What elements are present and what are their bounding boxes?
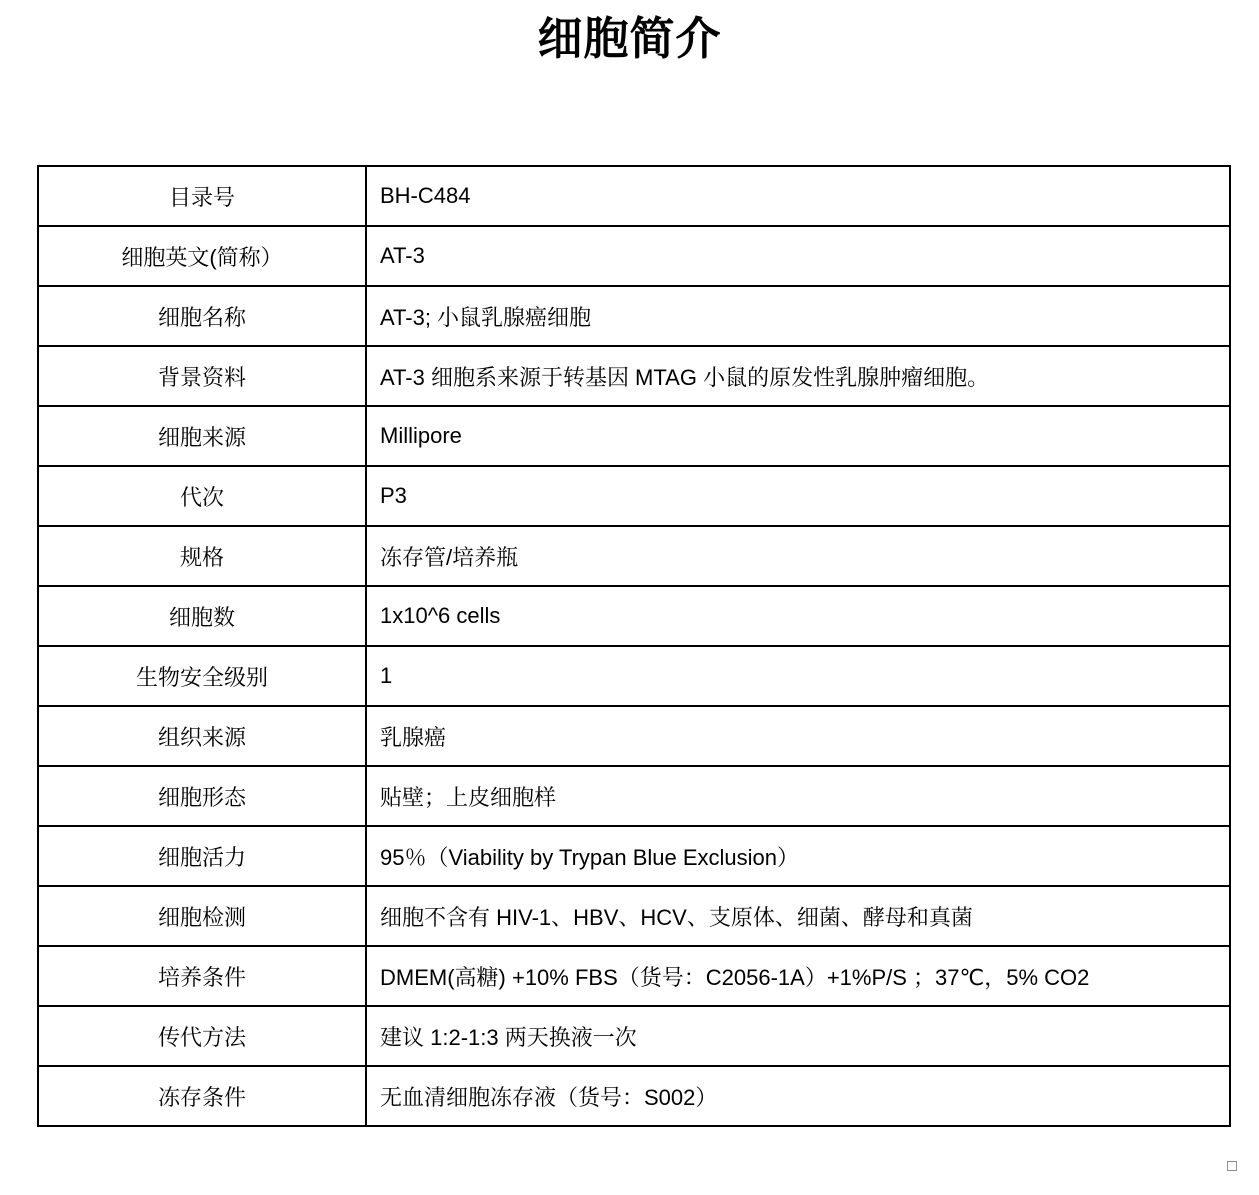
row-value: Millipore — [366, 406, 1230, 466]
table-row: 细胞英文(简称） AT-3 — [38, 226, 1230, 286]
row-value: 细胞不含有 HIV-1、HBV、HCV、支原体、细菌、酵母和真菌 — [366, 886, 1230, 946]
table-row: 细胞检测 细胞不含有 HIV-1、HBV、HCV、支原体、细菌、酵母和真菌 — [38, 886, 1230, 946]
row-label: 培养条件 — [38, 946, 366, 1006]
table-row: 细胞名称 AT-3; 小鼠乳腺癌细胞 — [38, 286, 1230, 346]
row-value: 1 — [366, 646, 1230, 706]
row-label: 传代方法 — [38, 1006, 366, 1066]
row-value: AT-3; 小鼠乳腺癌细胞 — [366, 286, 1230, 346]
row-value: 1x10^6 cells — [366, 586, 1230, 646]
row-label: 细胞形态 — [38, 766, 366, 826]
table-row: 传代方法 建议 1:2-1:3 两天换液一次 — [38, 1006, 1230, 1066]
row-value: P3 — [366, 466, 1230, 526]
page-title: 细胞简介 — [0, 0, 1259, 68]
row-label: 目录号 — [38, 166, 366, 226]
row-value: 贴壁；上皮细胞样 — [366, 766, 1230, 826]
table-row: 规格 冻存管/培养瓶 — [38, 526, 1230, 586]
row-value: 建议 1:2-1:3 两天换液一次 — [366, 1006, 1230, 1066]
row-label: 代次 — [38, 466, 366, 526]
table-row: 组织来源 乳腺癌 — [38, 706, 1230, 766]
row-label: 细胞英文(简称） — [38, 226, 366, 286]
row-label: 冻存条件 — [38, 1066, 366, 1126]
row-label: 细胞来源 — [38, 406, 366, 466]
row-value: DMEM(高糖) +10% FBS（货号：C2056-1A）+1%P/S ；37… — [366, 946, 1230, 1006]
row-label: 组织来源 — [38, 706, 366, 766]
row-label: 细胞活力 — [38, 826, 366, 886]
cell-info-table: 目录号 BH-C484 细胞英文(简称） AT-3 细胞名称 AT-3; 小鼠乳… — [37, 165, 1231, 1127]
table-row: 背景资料 AT-3 细胞系来源于转基因 MTAG 小鼠的原发性乳腺肿瘤细胞。 — [38, 346, 1230, 406]
row-label: 规格 — [38, 526, 366, 586]
table-row: 生物安全级别 1 — [38, 646, 1230, 706]
table-resize-handle-icon[interactable] — [1227, 1161, 1237, 1171]
row-label: 细胞检测 — [38, 886, 366, 946]
row-value: 乳腺癌 — [366, 706, 1230, 766]
row-value: 95％（Viability by Trypan Blue Exclusion） — [366, 826, 1230, 886]
row-label: 细胞名称 — [38, 286, 366, 346]
row-label: 细胞数 — [38, 586, 366, 646]
row-value: AT-3 细胞系来源于转基因 MTAG 小鼠的原发性乳腺肿瘤细胞。 — [366, 346, 1230, 406]
row-label: 背景资料 — [38, 346, 366, 406]
table-row: 细胞活力 95％（Viability by Trypan Blue Exclus… — [38, 826, 1230, 886]
table-row: 培养条件 DMEM(高糖) +10% FBS（货号：C2056-1A）+1%P/… — [38, 946, 1230, 1006]
table-row: 冻存条件 无血清细胞冻存液（货号：S002） — [38, 1066, 1230, 1126]
row-value: 冻存管/培养瓶 — [366, 526, 1230, 586]
table-row: 细胞来源 Millipore — [38, 406, 1230, 466]
row-value: AT-3 — [366, 226, 1230, 286]
table-row: 细胞形态 贴壁；上皮细胞样 — [38, 766, 1230, 826]
table-row: 代次 P3 — [38, 466, 1230, 526]
table-row: 细胞数 1x10^6 cells — [38, 586, 1230, 646]
row-value: BH-C484 — [366, 166, 1230, 226]
table-row: 目录号 BH-C484 — [38, 166, 1230, 226]
row-label: 生物安全级别 — [38, 646, 366, 706]
row-value: 无血清细胞冻存液（货号：S002） — [366, 1066, 1230, 1126]
